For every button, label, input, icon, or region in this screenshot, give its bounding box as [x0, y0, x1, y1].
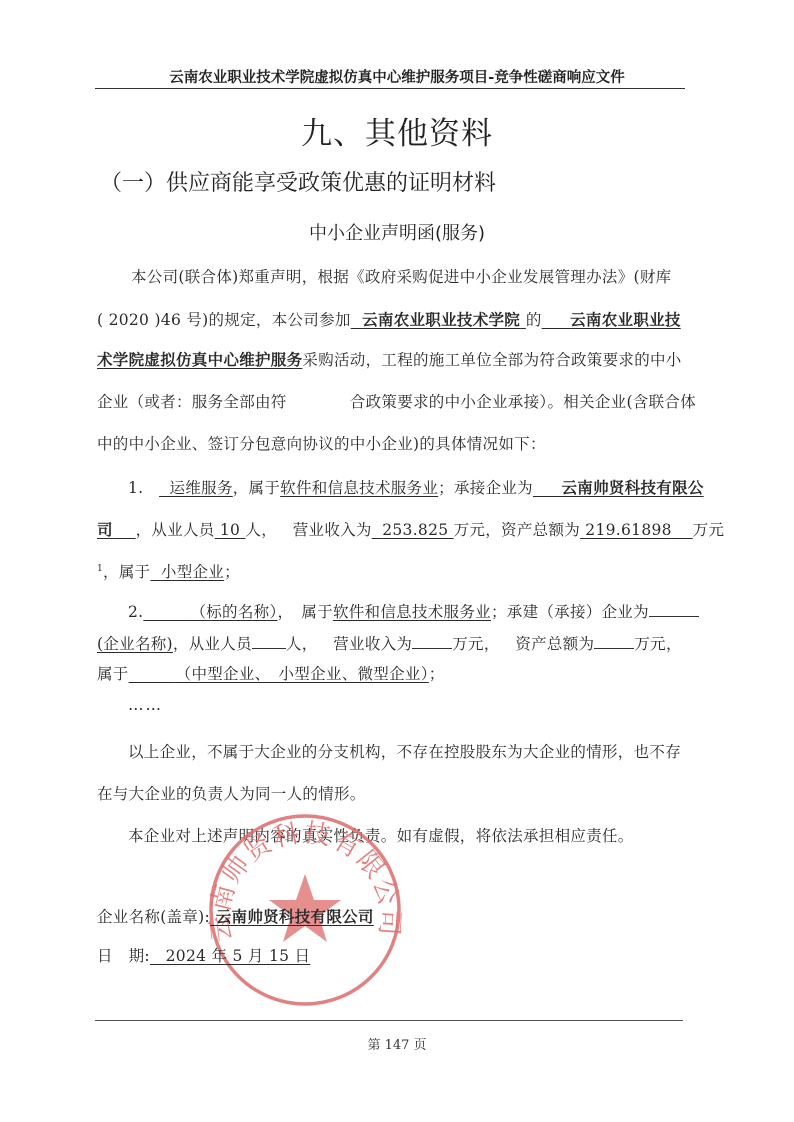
- subsection-title: （一）供应商能享受政策优惠的证明材料: [100, 166, 496, 197]
- item2-line3: 属于 （中型企业、 小型企业、微型企业）；: [97, 662, 445, 684]
- item2-employees-blank: [252, 634, 286, 649]
- signature-date-line: 日 期: 2024 年 5 月 15 日: [97, 944, 310, 966]
- signature-company-line: 企业名称(盖章): 云南帅贤科技有限公司: [97, 905, 374, 927]
- item1-employees: 10: [215, 521, 246, 539]
- item1-industry: 软件和信息技术服务业: [280, 479, 438, 497]
- project-name-part2: 术学院虚拟仿真中心维护服务: [97, 351, 302, 369]
- item2-revenue-blank: [412, 634, 452, 649]
- paragraph2-line1: 以上企业，不属于大企业的分支机构，不存在控股股东为大企业的情形，也不存: [128, 740, 681, 762]
- item2-subject-blank: （标的名称）: [143, 603, 277, 621]
- item-number: 1.: [128, 479, 143, 497]
- item1-line1: 1. 运维服务，属于软件和信息技术服务业；承接企业为 云南帅贤科技有限公: [128, 476, 704, 498]
- ellipsis: ……: [128, 696, 163, 714]
- paragraph1-line4: 企业（或者：服务全部由符 合政策要求的中小企业承接）。相关企业(含联合体: [97, 390, 696, 412]
- signature-date: 2024 年 5 月 15 日: [150, 947, 310, 965]
- item1-line3: 1，属于 小型企业；: [97, 560, 240, 582]
- paragraph1-line1: 本公司(联合体)郑重声明，根据《政府采购促进中小企业发展管理办法》(财库: [131, 265, 671, 287]
- date-label: 日 期:: [97, 947, 150, 965]
- item2-enterprise-type-blank: （中型企业、 小型企业、微型企业）: [129, 665, 429, 683]
- section-title: 九、其他资料: [0, 108, 794, 153]
- item2-industry: 软件和信息技术服务业: [333, 603, 491, 621]
- paragraph1-line2: ( 2020 )46 号)的规定，本公司参加 云南农业职业技术学院 的 云南农业…: [97, 308, 681, 330]
- item1-assets: 219.61898: [580, 521, 693, 539]
- paragraph1-line5: 中的中小企业、签订分包意向协议的中小企业)的具体情况如下：: [97, 432, 546, 454]
- signature-company-name: 云南帅贤科技有限公司: [210, 908, 374, 926]
- item1-contractor-part2: 司: [97, 521, 136, 539]
- item1-subject: 运维服务: [159, 479, 233, 497]
- item2-assets-blank: [594, 634, 634, 649]
- letter-title: 中小企业声明函(服务): [0, 219, 794, 245]
- item1-line2: 司 ，从业人员 10 人， 营业收入为 253.825 万元，资产总额为 219…: [97, 518, 724, 540]
- item2-line1: 2. （标的名称）， 属于软件和信息技术服务业；承建（承接）企业为: [128, 600, 699, 622]
- project-name-part1: 云南农业职业技: [542, 311, 681, 329]
- footer-divider: [95, 1020, 683, 1021]
- company-label: 企业名称(盖章):: [97, 908, 210, 926]
- page-number: 第 147 页: [0, 1034, 794, 1053]
- item2-contractor-placeholder: (企业名称): [97, 635, 173, 653]
- document-header-title: 云南农业职业技术学院虚拟仿真中心维护服务项目-竞争性磋商响应文件: [0, 66, 794, 87]
- item2-contractor-blank: [649, 602, 699, 617]
- text: ( 2020 )46 号)的规定，本公司参加: [97, 311, 351, 329]
- purchaser-name: 云南农业职业技术学院: [351, 311, 526, 329]
- paragraph1-line3: 术学院虚拟仿真中心维护服务采购活动，工程的施工单位全部为符合政策要求的中小: [97, 348, 682, 370]
- item1-enterprise-type: 小型企业: [150, 563, 224, 581]
- text: 采购活动，工程的施工单位全部为符合政策要求的中小: [302, 351, 681, 369]
- item1-contractor-part1: 云南帅贤科技有限公: [533, 479, 704, 497]
- text: 的: [526, 311, 542, 329]
- item1-revenue: 253.825: [372, 521, 454, 539]
- paragraph2-line2: 在与大企业的负责人为同一人的情形。: [97, 782, 366, 804]
- item2-line2: (企业名称)，从业人员人， 营业收入为万元， 资产总额为万元，: [97, 632, 682, 654]
- header-divider: [95, 88, 685, 89]
